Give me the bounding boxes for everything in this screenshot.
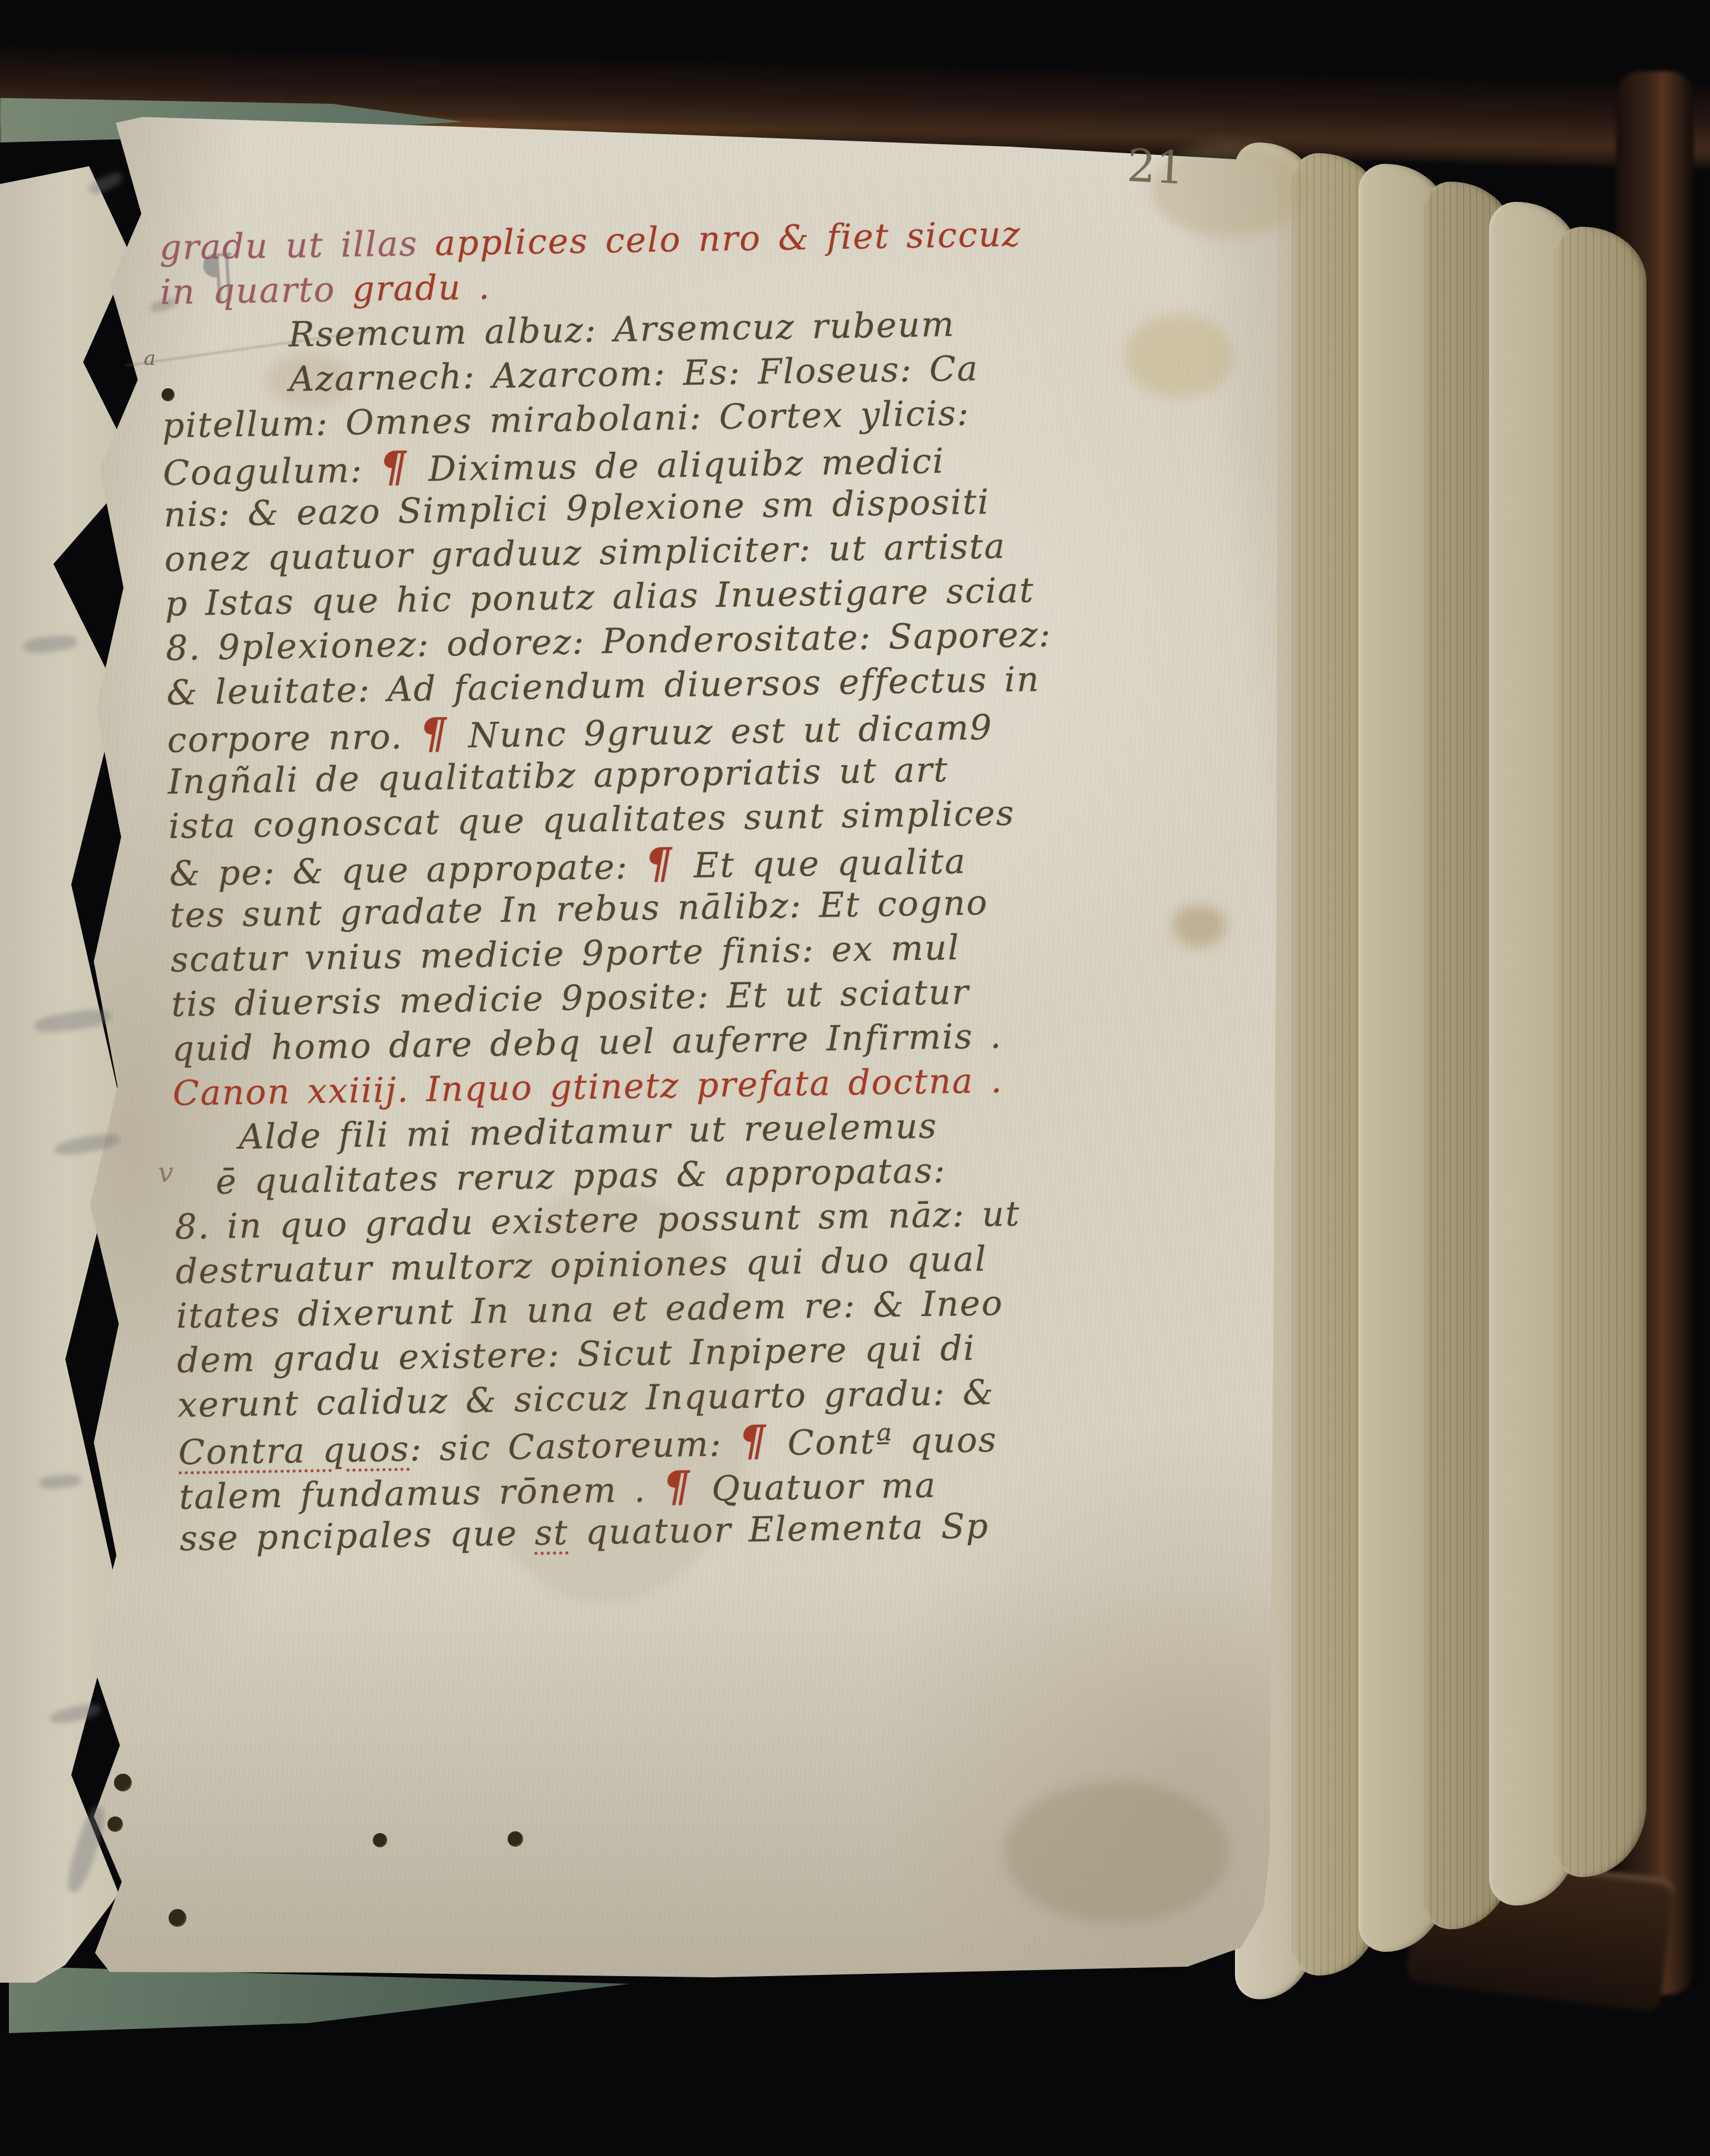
text-segment: applices celo nro & fiet siccuz — [417, 214, 1021, 264]
text-segment: gradu ut illas — [159, 223, 418, 268]
text-segment: Contra quos — [178, 1429, 410, 1473]
text-segment: Et que qualita — [693, 841, 967, 886]
text-segment: sse pncipales que — [179, 1513, 535, 1558]
page-edge-layer — [1554, 227, 1646, 1877]
text-segment: ¶ — [663, 1461, 712, 1511]
text-segment: ¶ — [645, 838, 694, 888]
text-block: gradu ut illas applices celo nro & fiet … — [159, 211, 1094, 1561]
text-segment: ¶ — [739, 1416, 788, 1466]
folio-number: 21 — [1126, 139, 1186, 195]
text-segment: st — [534, 1512, 569, 1553]
text-segment: Quatuor ma — [711, 1465, 937, 1509]
text-segment: Rsemcum albuz: Arsemcuz rubeum — [288, 304, 955, 355]
text-segment: ¶ — [379, 442, 429, 492]
page-stack-fore-edge — [1235, 131, 1657, 2018]
text-segment: corpore nro. — [167, 716, 420, 760]
text-segment: quatuor Elementa Sp — [568, 1505, 989, 1552]
text-segment: Contª quos — [787, 1419, 997, 1463]
text-segment: Alde fili mi meditamur ut reuelemus — [239, 1106, 938, 1157]
manuscript-photo: 21 a v ¶ gradu ut illas applices celo nr… — [0, 0, 1710, 2156]
margin-guide-letter-v: v — [158, 1156, 173, 1188]
text-segment: Coagulum: — [163, 449, 380, 493]
text-segment: in quarto — [160, 269, 353, 312]
text-segment: ¶ — [419, 708, 468, 758]
margin-guide-letter-a: a — [144, 347, 156, 370]
text-segment: gradu . — [352, 267, 491, 309]
text-segment: Azarnech: Azarcom: Es: Floseus: Ca — [289, 348, 979, 399]
